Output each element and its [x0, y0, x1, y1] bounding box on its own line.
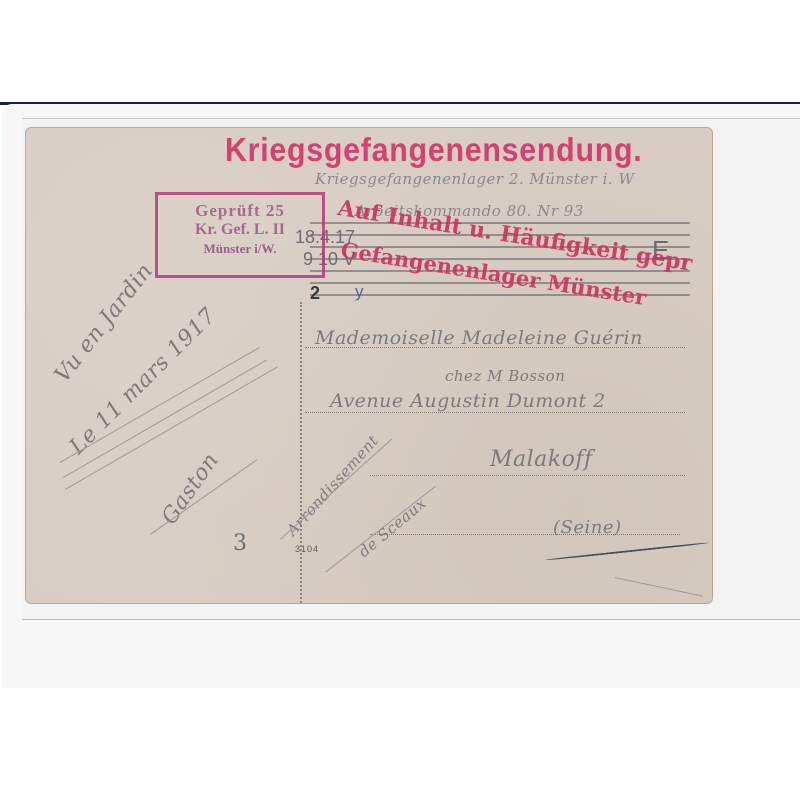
print-number: 3104 [295, 544, 319, 554]
censor-box-stamp: Geprüft 25 Kr. Gef. L. II Münster i/W. [155, 192, 325, 278]
arrondissement-line-2: de Sceaux [355, 494, 430, 561]
address-line-1: Mademoiselle Madeleine Guérin [315, 327, 643, 349]
ink-flourish [545, 542, 709, 561]
card-divider [300, 302, 302, 604]
address-rule-2 [305, 412, 685, 413]
postmark-number: 2 [310, 283, 320, 304]
address-line-4: Malakoff [490, 447, 593, 472]
address-line-2: chez M Bosson [445, 367, 565, 385]
censor-box-line-3: Münster i/W. [158, 241, 322, 257]
sender-line-1: Kriegsgefangenenlager 2. Münster i. W [315, 170, 634, 188]
address-line-3: Avenue Augustin Dumont 2 [330, 390, 606, 412]
left-note-number: 3 [233, 531, 248, 556]
arrondissement-underline-1 [280, 439, 392, 540]
address-rule-4 [370, 534, 680, 535]
header-stamp: Kriegsgefangenensendung. [225, 131, 642, 169]
pencil-flourish [615, 577, 703, 597]
address-line-5: (Seine) [553, 517, 622, 538]
arrondissement-underline-2 [325, 486, 436, 573]
censor-box-line-1: Geprüft 25 [158, 201, 322, 221]
postmark-suffix: y [355, 282, 364, 302]
censor-box-line-2: Kr. Gef. L. II [158, 221, 322, 239]
postcard: Kriegsgefangenensendung. Kriegsgefangene… [25, 127, 713, 604]
address-rule-3 [370, 475, 685, 476]
